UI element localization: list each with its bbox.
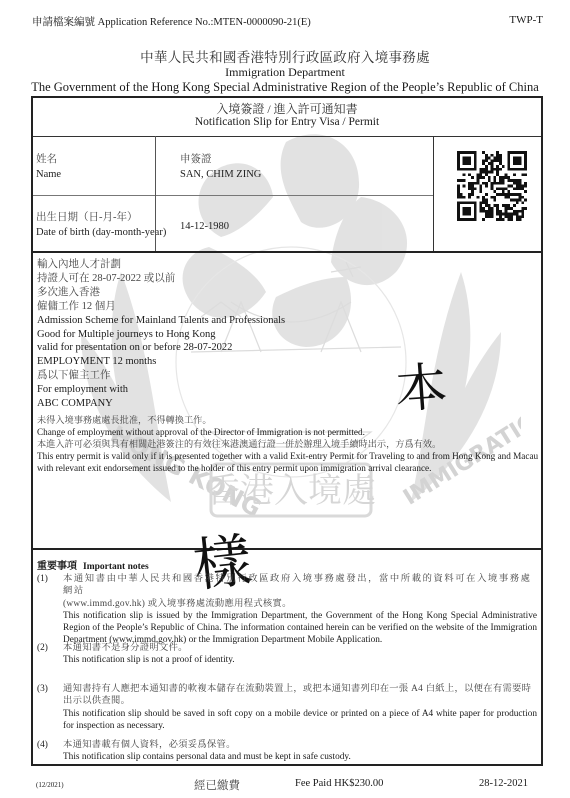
- condition-line: Good for Multiple journeys to Hong Kong: [37, 328, 285, 342]
- condition-line: For employment with: [37, 383, 285, 397]
- condition-line: 持證人可在 28-07-2022 或以前: [37, 272, 285, 286]
- form-code: TWP-T: [509, 14, 543, 26]
- dob-label-zh: 出生日期（日-月-年）: [36, 210, 166, 225]
- remark-line: 未得入境事務處處長批准，不得轉換工作。: [37, 414, 538, 426]
- section-divider: [33, 251, 541, 253]
- remark-line: 本進入許可必須與具有相關赴港簽注的有效往來港澳通行證一併於辦理入境手續時出示，方…: [37, 438, 538, 450]
- note-text-en: This notification slip should be saved i…: [63, 708, 537, 733]
- note-text-zh: 本通知書不是身分證明文件。: [63, 642, 537, 654]
- dob-row: 出生日期（日-月-年） Date of birth (day-month-yea…: [33, 196, 433, 251]
- note-item: (2) 本通知書不是身分證明文件。 This notification slip…: [37, 642, 537, 667]
- note-number: (3): [37, 683, 48, 695]
- note-text-en: This notification slip contains personal…: [63, 751, 537, 763]
- remark-line: This entry permit is valid only if it is…: [37, 450, 538, 462]
- note-number: (2): [37, 642, 48, 654]
- remark-line: Change of employment without approval of…: [37, 426, 538, 438]
- condition-line: ABC COMPANY: [37, 397, 285, 411]
- note-text-zh: 本通知書由中華人民共和國香港特別行政區政府入境事務處發出，當中所載的資料可在入境…: [63, 573, 537, 598]
- application-reference: 申請檔案編號 Application Reference No.:MTEN-00…: [32, 14, 311, 29]
- note-text-en: This notification slip is not a proof of…: [63, 654, 537, 666]
- dob-label-en: Date of birth (day-month-year): [36, 225, 166, 240]
- notes-heading-en: Important notes: [83, 562, 149, 572]
- slip-title-row: 入境簽證 / 進入許可通知書 Notification Slip for Ent…: [33, 98, 541, 137]
- watermark-text-zh: 香港入境處: [206, 471, 376, 511]
- column-divider: [155, 136, 156, 251]
- note-item: (1) 本通知書由中華人民共和國香港特別行政區政府入境事務處發出，當中所載的資料…: [37, 573, 537, 647]
- entry-remarks: 未得入境事務處處長批准，不得轉換工作。Change of employment …: [37, 414, 538, 474]
- qr-code-icon: [457, 151, 527, 221]
- name-label: 姓名 Name: [36, 152, 61, 182]
- government-name-en: The Government of the Hong Kong Special …: [0, 80, 570, 95]
- condition-line: EMPLOYMENT 12 months: [37, 355, 285, 369]
- note-number: (1): [37, 573, 48, 585]
- note-text-zh: 本通知書載有個人資料，必須妥爲保管。: [63, 739, 537, 751]
- notes-heading: 重要事項Important notes: [37, 557, 149, 572]
- condition-line: valid for presentation on or before 28-0…: [37, 341, 285, 355]
- remark-line: with relevant exit endorsement issued to…: [37, 462, 538, 474]
- notes-heading-zh: 重要事項: [37, 561, 77, 572]
- condition-line: 僱傭工作 12 個月: [37, 300, 285, 314]
- name-row: 姓名 Name 申簽證 SAN, CHIM ZING: [33, 136, 433, 196]
- department-name-en: Immigration Department: [0, 65, 570, 80]
- note-text-zh: 通知書持有人應把本通知書的軟複本儲存在流動裝置上，或把本通知書列印在一張 A4 …: [63, 683, 537, 708]
- note-item: (4) 本通知書載有個人資料，必須妥爲保管。 This notification…: [37, 739, 537, 764]
- note-number: (4): [37, 739, 48, 751]
- entry-conditions: 輸入內地人才計劃持證人可在 28-07-2022 或以前多次進入香港僱傭工作 1…: [37, 258, 285, 411]
- form-version: (12/2021): [36, 781, 64, 789]
- condition-line: Admission Scheme for Mainland Talents an…: [37, 314, 285, 328]
- name-value: 申簽證 SAN, CHIM ZING: [180, 152, 261, 182]
- dob-value: 14-12-1980: [180, 219, 229, 234]
- name-value-en: SAN, CHIM ZING: [180, 167, 261, 182]
- slip-title-en: Notification Slip for Entry Visa / Permi…: [33, 116, 541, 128]
- note-item: (3) 通知書持有人應把本通知書的軟複本儲存在流動裝置上，或把本通知書列印在一張…: [37, 683, 537, 732]
- issue-date: 28-12-2021: [479, 778, 528, 789]
- condition-line: 爲以下僱主工作: [37, 369, 285, 383]
- reference-label: 申請檔案編號 Application Reference No.:: [32, 17, 213, 28]
- specimen-stamp-char: 本: [392, 344, 449, 422]
- column-divider: [433, 136, 434, 251]
- name-label-en: Name: [36, 167, 61, 182]
- important-notes: 重要事項Important notes (1) 本通知書由中華人民共和國香港特別…: [31, 550, 543, 766]
- note-text-zh-cont: (www.immd.gov.hk) 或入境事務處流動應用程式核實。: [63, 598, 537, 610]
- condition-line: 多次進入香港: [37, 286, 285, 300]
- fee-paid-en: Fee Paid HK$230.00: [295, 778, 383, 789]
- name-label-zh: 姓名: [36, 152, 61, 167]
- reference-number: MTEN-0000090-21(E): [213, 17, 310, 28]
- fee-paid-zh: 經已繳費: [194, 777, 240, 793]
- name-value-zh: 申簽證: [180, 152, 261, 167]
- notification-slip-table: HONG KONG IMMIGRATION 香港入境處 入境簽證 / 進入許可通…: [31, 96, 543, 550]
- department-name-zh: 中華人民共和國香港特別行政區政府入境事務處: [0, 46, 570, 66]
- slip-title-zh: 入境簽證 / 進入許可通知書: [33, 100, 541, 117]
- dob-label: 出生日期（日-月-年） Date of birth (day-month-yea…: [36, 210, 166, 240]
- condition-line: 輸入內地人才計劃: [37, 258, 285, 272]
